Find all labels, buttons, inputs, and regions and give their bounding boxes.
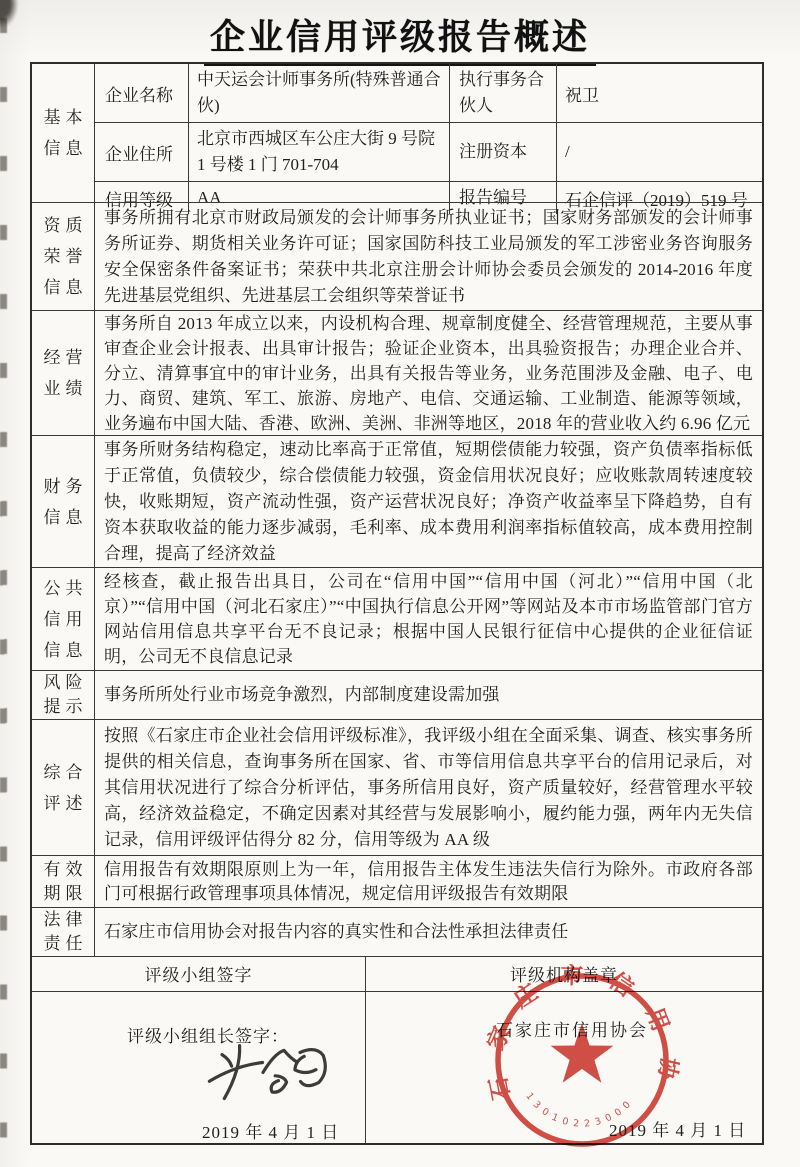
business-performance-content: 事务所自 2013 年成立以来，内设机构合理、规章制度健全、经营管理规范，主要从… (104, 311, 753, 436)
section-financial-info: 财务 信息 事务所财务结构稳定，速动比率高于正常值，短期偿债能力较强，资产负债率… (32, 435, 762, 567)
company-name-label: 企业名称 (95, 64, 188, 122)
section-legal-liability: 法律 责任 石家庄市信用协会对报告内容的真实性和合法性承担法律责任 (32, 907, 762, 956)
section-validity-period: 有效 期限 信用报告有效期限原则上为一年，信用报告主体发生违法失信行为除外。市政… (32, 855, 762, 907)
registered-capital-value: / (556, 123, 762, 181)
team-leader-handwritten-signature (195, 1034, 348, 1110)
financial-info-section-label: 财务 信息 (32, 436, 95, 567)
business-performance-section-label: 经营 业绩 (32, 311, 95, 435)
section-public-credit-info: 公共 信用 信息 经核查，截止报告出具日，公司在“信用中国”“信用中国（河北）”… (32, 567, 762, 670)
report-table: 基本 信息 企业名称 中天运会计师事务所(特殊普通合伙) 执行事务合伙人 祝卫 … (30, 62, 764, 1145)
validity-period-section-label: 有效 期限 (32, 856, 95, 907)
section-business-performance: 经营 业绩 事务所自 2013 年成立以来，内设机构合理、规章制度健全、经营管理… (32, 310, 762, 435)
section-qualifications-honors: 资质 荣誉 信息 事务所拥有北京市财政局颁发的会计师事务所执业证书；国家财务部颁… (32, 202, 762, 310)
risk-warning-section-label: 风险 提示 (32, 671, 95, 719)
seal-star-icon (551, 1023, 614, 1083)
document-page: 企业信用评级报告概述 基本 信息 企业名称 中天运会计师事务所(特殊普通合伙) … (0, 0, 800, 1167)
legal-liability-content: 石家庄市信用协会对报告内容的真实性和合法性承担法律责任 (104, 919, 753, 945)
scan-edge-artifacts (0, 4, 7, 1159)
comprehensive-review-content: 按照《石家庄市企业社会信用评级标准》，我评级小组在全面采集、调查、核实事务所提供… (104, 723, 753, 853)
team-signature-date: 2019 年 4 月 1 日 (202, 1118, 339, 1143)
section-risk-warning: 风险 提示 事务所所处行业市场竞争激烈，内部制度建设需加强 (32, 670, 762, 719)
financial-info-content: 事务所财务结构稳定，速动比率高于正常值，短期偿债能力较强，资产负债率指标低于正常… (104, 437, 753, 567)
registered-capital-label: 注册资本 (449, 123, 556, 181)
public-credit-content: 经核查，截止报告出具日，公司在“信用中国”“信用中国（河北）”“信用中国（北京）… (104, 569, 753, 669)
legal-liability-section-label: 法律 责任 (32, 908, 95, 956)
rating-team-signature-cell: 评级小组组长签字： 2019 年 4 月 1 日 (32, 992, 365, 1143)
page-title: 企业信用评级报告概述 (204, 10, 596, 66)
rating-agency-seal-cell: 石家庄市信用协会 石家庄市信用协会 13010223000 2019 年 (365, 992, 762, 1143)
section-basic-info: 基本 信息 企业名称 中天运会计师事务所(特殊普通合伙) 执行事务合伙人 祝卫 … (32, 64, 762, 202)
validity-period-content: 信用报告有效期限原则上为一年，信用报告主体发生违法失信行为除外。市政府各部门可根… (104, 858, 753, 906)
section-comprehensive-review: 综合 评述 按照《石家庄市企业社会信用评级标准》，我评级小组在全面采集、调查、核… (32, 719, 762, 855)
agency-seal-date: 2019 年 4 月 1 日 (609, 1116, 746, 1141)
company-address-label: 企业住所 (95, 123, 188, 181)
risk-warning-content: 事务所所处行业市场竞争激烈，内部制度建设需加强 (104, 682, 753, 708)
executive-partner-label: 执行事务合伙人 (449, 64, 556, 122)
company-address-value: 北京市西城区车公庄大街 9 号院 1 号楼 1 门 701-704 (188, 123, 449, 181)
basic-info-row-company-name: 企业名称 中天运会计师事务所(特殊普通合伙) 执行事务合伙人 祝卫 (95, 64, 762, 122)
company-name-value: 中天运会计师事务所(特殊普通合伙) (188, 64, 449, 122)
public-credit-section-label: 公共 信用 信息 (32, 568, 95, 670)
signature-content-row: 评级小组组长签字： 2019 年 4 月 1 日 石家庄市信用协会 (32, 991, 762, 1143)
executive-partner-value: 祝卫 (556, 64, 762, 122)
qualifications-content: 事务所拥有北京市财政局颁发的会计师事务所执业证书；国家财务部颁发的会计师事务所证… (104, 205, 753, 309)
rating-team-signature-header: 评级小组签字 (32, 957, 365, 990)
basic-info-row-address: 企业住所 北京市西城区车公庄大街 9 号院 1 号楼 1 门 701-704 注… (95, 122, 762, 181)
qualifications-section-label: 资质 荣誉 信息 (32, 203, 95, 310)
comprehensive-review-section-label: 综合 评述 (32, 720, 95, 855)
basic-info-section-label: 基本 信息 (32, 64, 95, 202)
